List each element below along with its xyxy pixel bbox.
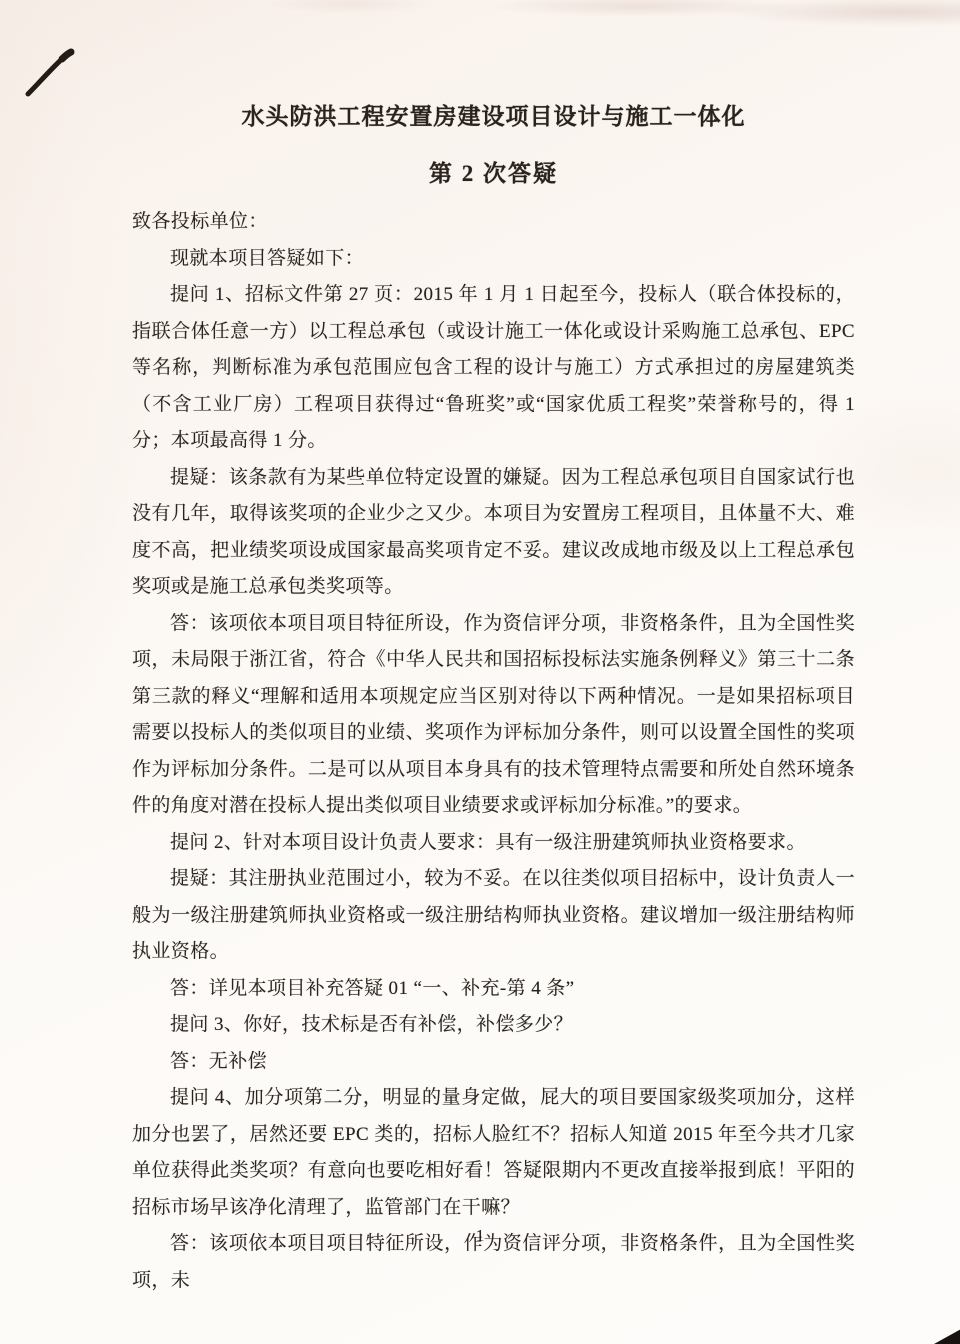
scan-corner-artifact xyxy=(934,1328,960,1344)
q2-challenge-paragraph: 提疑：其注册执业范围过小，较为不妥。在以往类似项目招标中，设计负责人一般为一级注… xyxy=(132,861,855,971)
scanned-document-page: 水头防洪工程安置房建设项目设计与施工一体化 第 2 次答疑 致各投标单位： 现就… xyxy=(0,0,960,1344)
q2-question-paragraph: 提问 2、针对本项目设计负责人要求：具有一级注册建筑师执业资格要求。 xyxy=(132,825,855,862)
document-title: 水头防洪工程安置房建设项目设计与施工一体化 xyxy=(132,100,855,134)
q2-answer-paragraph: 答：详见本项目补充答疑 01 “一、补充-第 4 条” xyxy=(132,971,855,1008)
q1-challenge-paragraph: 提疑：该条款有为某些单位特定设置的嫌疑。因为工程总承包项目自国家试行也没有几年，… xyxy=(132,460,855,606)
q1-answer-paragraph: 答：该项依本项目项目特征所设，作为资信评分项，非资格条件，且为全国性奖项，未局限… xyxy=(132,606,855,825)
page-number: 1 xyxy=(0,1226,960,1246)
q3-answer-paragraph: 答：无补偿 xyxy=(132,1044,855,1081)
document-body: 水头防洪工程安置房建设项目设计与施工一体化 第 2 次答疑 致各投标单位： 现就… xyxy=(132,100,855,1299)
salutation-line: 致各投标单位： xyxy=(132,204,855,241)
document-subtitle: 第 2 次答疑 xyxy=(132,158,855,190)
intro-line: 现就本项目答疑如下： xyxy=(132,241,855,278)
q4-question-paragraph: 提问 4、加分项第二分，明显的量身定做，屁大的项目要国家级奖项加分，这样加分也罢… xyxy=(132,1080,855,1226)
q3-question-paragraph: 提问 3、你好，技术标是否有补偿，补偿多少？ xyxy=(132,1007,855,1044)
pen-mark-slash-icon xyxy=(18,44,84,104)
q1-question-paragraph: 提问 1、招标文件第 27 页：2015 年 1 月 1 日起至今，投标人（联合… xyxy=(132,277,855,460)
